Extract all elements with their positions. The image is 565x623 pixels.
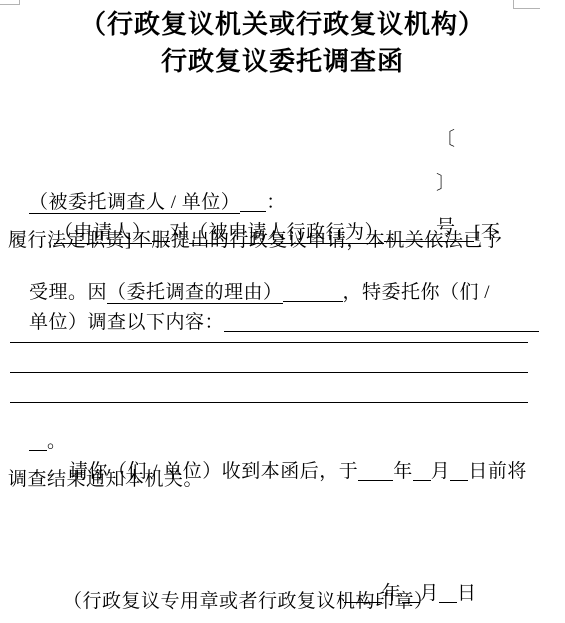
month-blank-field xyxy=(413,461,431,481)
paragraph-line-5: 单位）调查以下内容： xyxy=(8,290,539,356)
notice-month-label: 月 xyxy=(431,461,451,482)
doc-number-open-bracket: 〔 xyxy=(436,129,456,150)
doc-number-close-bracket: 〕 xyxy=(436,173,456,194)
document-title-line2: 行政复议委托调查函 xyxy=(0,47,565,77)
blank-field xyxy=(224,312,539,332)
table-border-fragment-right xyxy=(513,0,540,9)
document-title-line1: （行政复议机关或行政复议机构） xyxy=(0,10,565,40)
blank-field xyxy=(29,431,47,451)
notice-line-2: 调查结果通知本机关。 xyxy=(8,469,203,491)
doc-number-gap xyxy=(436,166,465,167)
blank-line-3 xyxy=(10,402,528,403)
blank-line-1 xyxy=(10,342,528,343)
line5-head: 单位）调查以下内容： xyxy=(29,312,224,333)
blank-line-2 xyxy=(10,372,528,373)
table-border-fragment-left xyxy=(0,0,20,5)
notice-year-label: 年 xyxy=(393,461,413,482)
document-page: （行政复议机关或行政复议机构） 行政复议委托调查函 〔 〕 号 （被委托调查人 … xyxy=(0,0,565,623)
paragraph-line-3: 履行法定职责]不服提出的行政复议申请，本机关依法已予 xyxy=(8,230,502,252)
year-blank-field xyxy=(358,461,393,481)
day-blank-field xyxy=(450,461,468,481)
notice-tail: 日前将 xyxy=(468,461,527,482)
day-blank-field xyxy=(439,583,457,603)
date-day-label: 日 xyxy=(457,583,477,604)
seal-note: （行政复议专用章或者行政复议机构印章） xyxy=(63,591,434,613)
